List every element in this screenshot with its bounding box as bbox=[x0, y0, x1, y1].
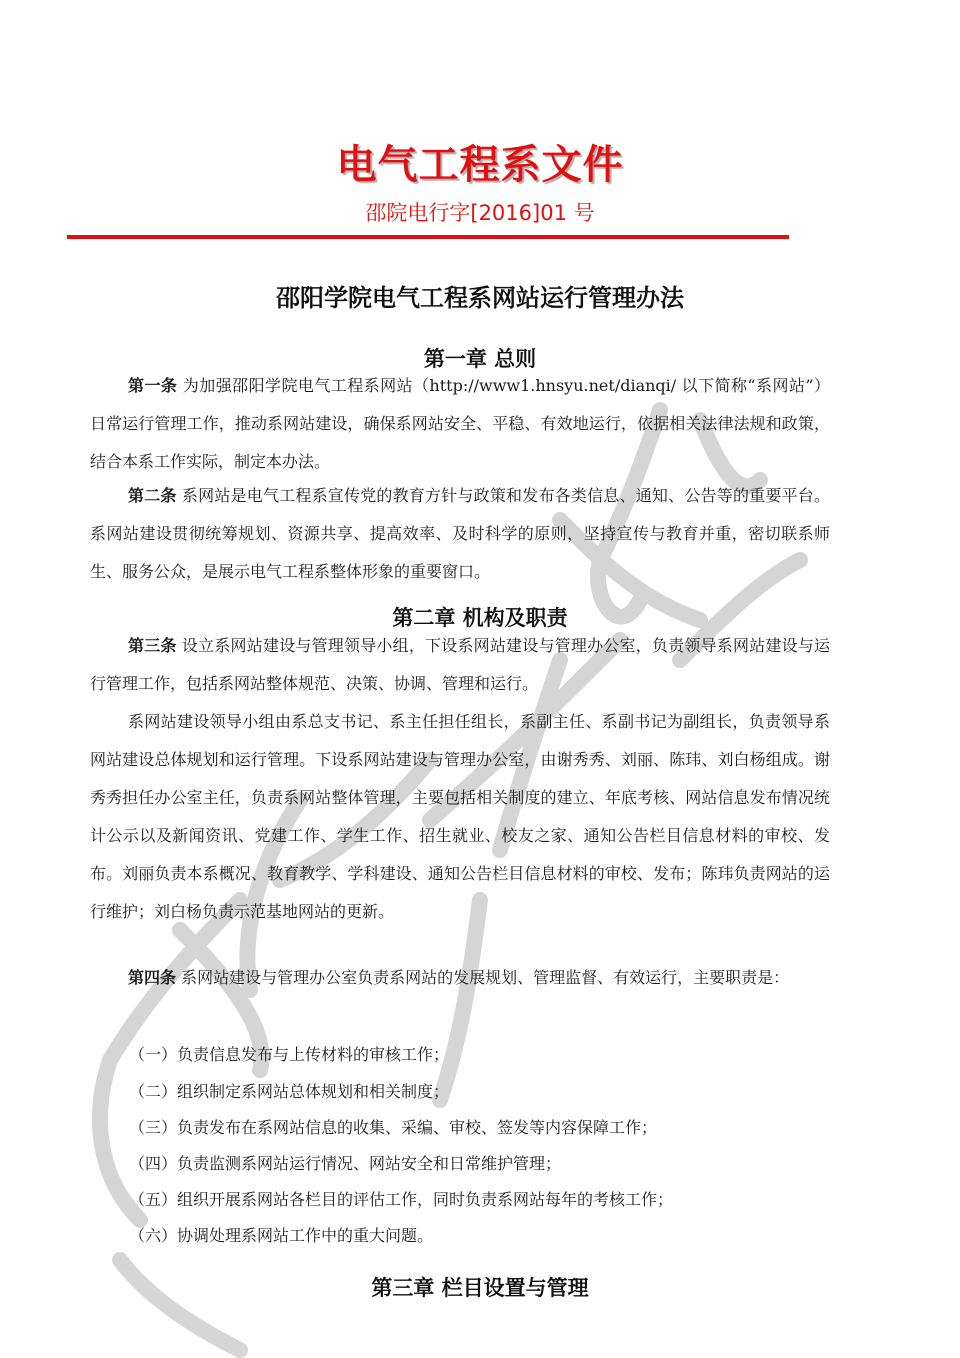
article-lead: 第一条 bbox=[128, 376, 177, 395]
article-text: 设立系网站建设与管理领导小组，下设系网站建设与管理办公室，负责领导系网站建设与运… bbox=[90, 636, 830, 693]
article-text: 系网站建设领导小组由系总支书记、系主任担任组长，系副主任、系副书记为副组长，负责… bbox=[90, 712, 830, 921]
duty-item: （二）组织制定系网站总体规划和相关制度； bbox=[129, 1079, 449, 1102]
article-lead: 第四条 bbox=[128, 968, 176, 987]
article-text: 为加强邵阳学院电气工程系网站（http://www1.hnsyu.net/dia… bbox=[90, 376, 830, 471]
article-text: 系网站是电气工程系宣传党的教育方针与政策和发布各类信息、通知、公告等的重要平台。… bbox=[90, 486, 830, 581]
document-header-title: 电气工程系文件 bbox=[0, 133, 960, 190]
duty-item: （三）负责发布在系网站信息的收集、采编、审校、签发等内容保障工作； bbox=[129, 1115, 657, 1138]
main-title: 邵阳学院电气工程系网站运行管理办法 bbox=[0, 278, 960, 313]
article-lead: 第三条 bbox=[128, 636, 177, 655]
article-3: 第三条 设立系网站建设与管理领导小组，下设系网站建设与管理办公室，负责领导系网站… bbox=[90, 627, 830, 703]
article-1: 第一条 为加强邵阳学院电气工程系网站（http://www1.hnsyu.net… bbox=[90, 367, 830, 481]
article-3-detail: 系网站建设领导小组由系总支书记、系主任担任组长，系副主任、系副书记为副组长，负责… bbox=[90, 703, 830, 931]
article-lead: 第二条 bbox=[128, 486, 177, 505]
red-divider bbox=[67, 235, 789, 239]
article-2: 第二条 系网站是电气工程系宣传党的教育方针与政策和发布各类信息、通知、公告等的重… bbox=[90, 477, 830, 591]
article-text: 系网站建设与管理办公室负责系网站的发展规划、管理监督、有效运行，主要职责是： bbox=[176, 968, 789, 987]
document-number: 邵院电行字[2016]01 号 bbox=[0, 197, 960, 227]
chapter-3-title: 第三章 栏目设置与管理 bbox=[0, 1272, 960, 1302]
duty-item: （四）负责监测系网站运行情况、网站安全和日常维护管理； bbox=[129, 1151, 561, 1174]
article-4: 第四条 系网站建设与管理办公室负责系网站的发展规划、管理监督、有效运行，主要职责… bbox=[90, 959, 830, 997]
duty-item: （一）负责信息发布与上传材料的审核工作； bbox=[129, 1042, 449, 1065]
duty-item: （六）协调处理系网站工作中的重大问题。 bbox=[129, 1223, 433, 1246]
duty-item: （五）组织开展系网站各栏目的评估工作，同时负责系网站每年的考核工作； bbox=[129, 1187, 673, 1210]
